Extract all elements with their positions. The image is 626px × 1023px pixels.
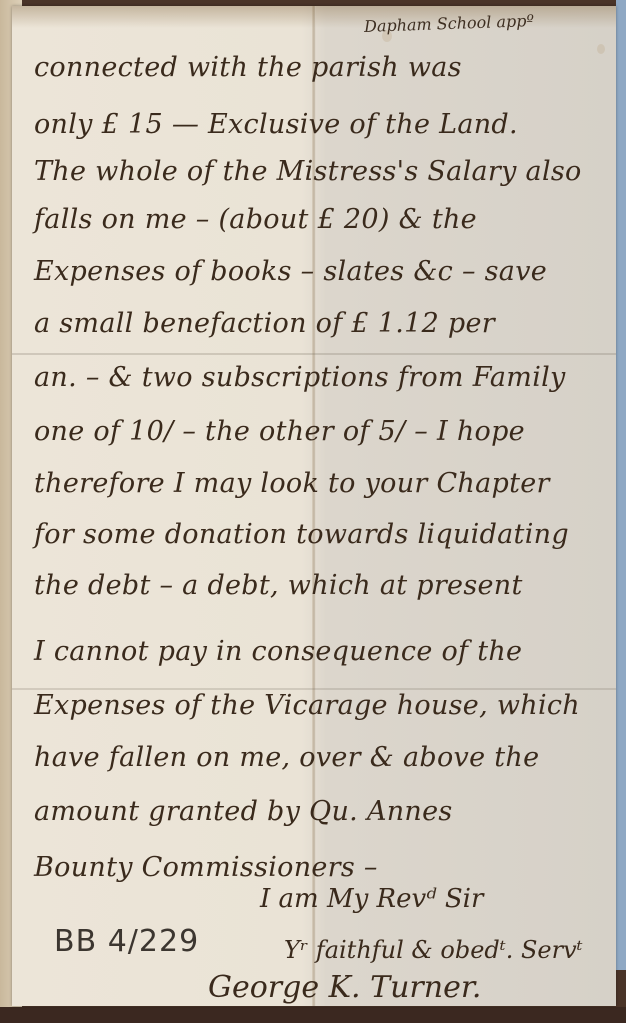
letter-page: Dapham School appº connected with the pa…: [12, 6, 616, 1006]
table-surface: [0, 1007, 626, 1023]
body-line: have fallen on me, over & above the: [34, 742, 614, 773]
body-line: the debt – a debt, which at present: [34, 570, 614, 601]
body-line: an. – & two subscriptions from Family: [34, 362, 614, 393]
body-line: Expenses of the Vicarage house, which: [34, 690, 614, 721]
body-line: falls on me – (about £ 20) & the: [34, 204, 614, 235]
backdrop-edge: [616, 0, 626, 970]
body-line: one of 10/ – the other of 5/ – I hope: [34, 416, 614, 447]
body-line: I cannot pay in consequence of the: [34, 636, 614, 667]
archive-reference: BB 4/229: [54, 924, 199, 959]
closing-courtesy: Yʳ faithful & obedᵗ. Servᵗ: [284, 936, 583, 964]
signature: George K. Turner.: [208, 970, 481, 1005]
body-line: The whole of the Mistress's Salary also: [34, 156, 614, 187]
body-line: only £ 15 — Exclusive of the Land.: [34, 109, 614, 140]
body-line: Bounty Commissioners –: [34, 852, 614, 883]
body-line: a small benefaction of £ 1.12 per: [34, 308, 614, 339]
body-line: therefore I may look to your Chapter: [34, 468, 614, 499]
body-line: for some donation towards liquidating: [34, 519, 614, 550]
horizontal-fold: [12, 353, 616, 355]
body-line: Expenses of books – slates &c – save: [34, 256, 614, 287]
body-line: connected with the parish was: [34, 52, 614, 83]
body-line: amount granted by Qu. Annes: [34, 796, 614, 827]
closing-salutation: I am My Revᵈ Sir: [260, 884, 483, 914]
